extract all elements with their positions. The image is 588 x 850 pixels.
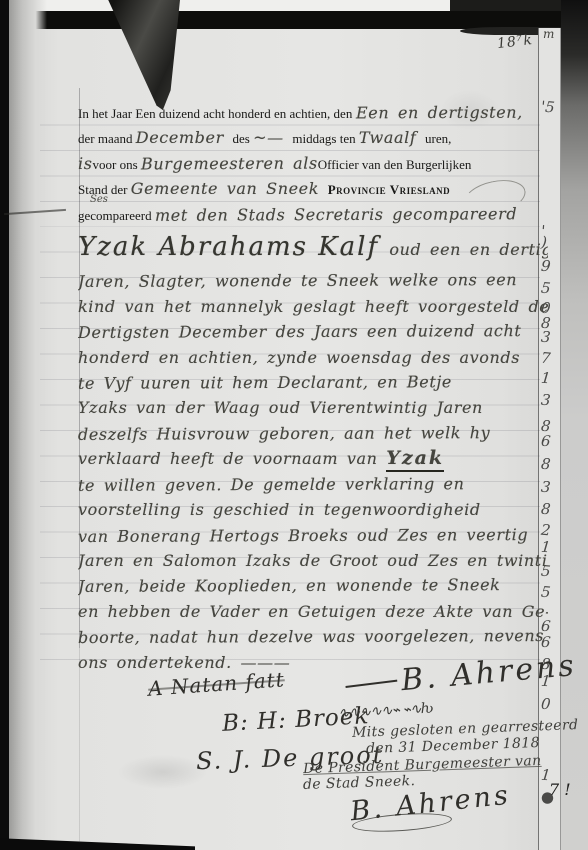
line-segment: oud een en dertig bbox=[389, 240, 548, 259]
line-segment: gecompareerd bbox=[78, 208, 155, 223]
left-margin-rule-faint bbox=[79, 648, 80, 843]
corner-mark: m bbox=[543, 27, 554, 41]
line-segment: ~— bbox=[253, 128, 292, 147]
document-line: van Bonerang Hertogs Broeks oud Zes en v… bbox=[78, 523, 548, 548]
line-segment: des bbox=[233, 131, 254, 146]
line-segment: Jaren en Salomon Izaks de Groot oud Zes … bbox=[78, 551, 548, 570]
line-segment: In het Jaar Een duizend acht honderd en … bbox=[78, 106, 356, 121]
line-segment: Dertigsten December des Jaars een duizen… bbox=[78, 318, 521, 345]
line-segment: verklaard heeft de voornaam van bbox=[78, 449, 386, 468]
line-segment: Officier van den Burgerlijken bbox=[318, 157, 472, 172]
line-segment: Provincie Vriesland bbox=[328, 182, 450, 197]
closing-note-place: de Stad Sneek. bbox=[303, 773, 416, 793]
smudge bbox=[118, 755, 208, 789]
line-segment: Yzaks van der Waag oud Vierentwintig Jar… bbox=[78, 398, 483, 417]
document-line: In het Jaar Een duizend acht honderd en … bbox=[78, 100, 548, 125]
line-segment: der maand bbox=[78, 131, 136, 146]
line-segment: Yzak Abrahams Kalf bbox=[78, 232, 389, 262]
folio-number: 18⁷k bbox=[496, 32, 534, 52]
document-line: Stand der Gemeente van Sneek Provincie V… bbox=[78, 176, 548, 201]
line-segment: Ses bbox=[90, 194, 108, 205]
line-segment: Een en dertigsten, bbox=[356, 100, 523, 126]
document-line: en hebben de Vader en Getuigen deze Akte… bbox=[78, 599, 548, 624]
document-line: Jaren, beide Kooplieden, en wonende te S… bbox=[78, 573, 548, 598]
line-segment: Jaren, Slagter, wonende te Sneek welke o… bbox=[78, 267, 517, 294]
margin-mark: 7 ! bbox=[549, 780, 571, 799]
document-line: Yzaks van der Waag oud Vierentwintig Jar… bbox=[78, 395, 548, 420]
line-segment: Jaren, beide Kooplieden, en wonende te S… bbox=[78, 573, 501, 600]
document-line: Jaren, Slagter, wonende te Sneek welke o… bbox=[78, 268, 548, 293]
line-segment: te willen geven. De gemelde verklaring e… bbox=[78, 471, 465, 498]
line-segment: met den Stads Secretaris gecompareerd bbox=[155, 201, 517, 228]
line-segment: voor ons bbox=[93, 157, 141, 172]
document-line: der maand December des ~— middags ten Tw… bbox=[78, 125, 548, 150]
margin-number-glyph: 0 bbox=[540, 695, 551, 714]
line-segment: December bbox=[136, 128, 233, 147]
line-segment: is bbox=[78, 151, 93, 177]
line-segment: Burgemeesteren als bbox=[141, 150, 318, 176]
document-line: verklaard heeft de voornaam van Yzak bbox=[78, 446, 548, 471]
document-line: deszelfs Huisvrouw geboren, aan het welk… bbox=[78, 421, 548, 446]
line-segment: honderd en achtien, zynde woensdag des a… bbox=[78, 348, 520, 367]
line-segment: voorstelling is geschied in tegenwoordig… bbox=[78, 500, 481, 519]
document-line: honderd en achtien, zynde woensdag des a… bbox=[78, 345, 548, 370]
document-line: Dertigsten December des Jaars een duizen… bbox=[78, 319, 548, 344]
line-segment: van Bonerang Hertogs Broeks oud Zes en v… bbox=[78, 522, 528, 549]
document-line: te willen geven. De gemelde verklaring e… bbox=[78, 472, 548, 497]
scanned-birth-record: '5')95083713868382155668101● 18⁷k m In h… bbox=[0, 0, 588, 850]
line-segment: uren, bbox=[425, 131, 451, 146]
line-segment: Twaalf bbox=[359, 128, 425, 147]
line-segment: deszelfs Huisvrouw geboren, aan het welk… bbox=[78, 420, 490, 447]
document-line: Sesgecompareerd met den Stads Secretaris… bbox=[78, 202, 548, 227]
document-line: voorstelling is geschied in tegenwoordig… bbox=[78, 497, 548, 522]
line-segment: Gemeente van Sneek bbox=[131, 179, 328, 198]
document-line: boorte, nadat hun dezelve was voorgeleze… bbox=[78, 624, 548, 649]
document-line: kind van het mannelyk geslagt heeft voor… bbox=[78, 294, 548, 319]
document-line: te Vyf uuren uit hem Declarant, en Betje bbox=[78, 370, 548, 395]
line-segment: te Vyf uuren uit hem Declarant, en Betje bbox=[78, 369, 452, 396]
document-line: is voor ons Burgemeesteren als Officier … bbox=[78, 151, 548, 176]
document-line: Jaren en Salomon Izaks de Groot oud Zes … bbox=[78, 548, 548, 573]
line-segment: Yzak bbox=[386, 447, 444, 472]
document-body: In het Jaar Een duizend acht honderd en … bbox=[78, 100, 548, 675]
left-scan-edge bbox=[0, 0, 9, 850]
line-segment: en hebben de Vader en Getuigen deze Akte… bbox=[78, 602, 548, 621]
document-line: Yzak Abrahams Kalf oud een en dertig bbox=[78, 227, 548, 268]
line-segment: boorte, nadat hun dezelve was voorgeleze… bbox=[78, 623, 544, 650]
line-segment: kind van het mannelyk geslagt heeft voor… bbox=[78, 297, 548, 316]
line-segment: middags ten bbox=[292, 131, 358, 146]
